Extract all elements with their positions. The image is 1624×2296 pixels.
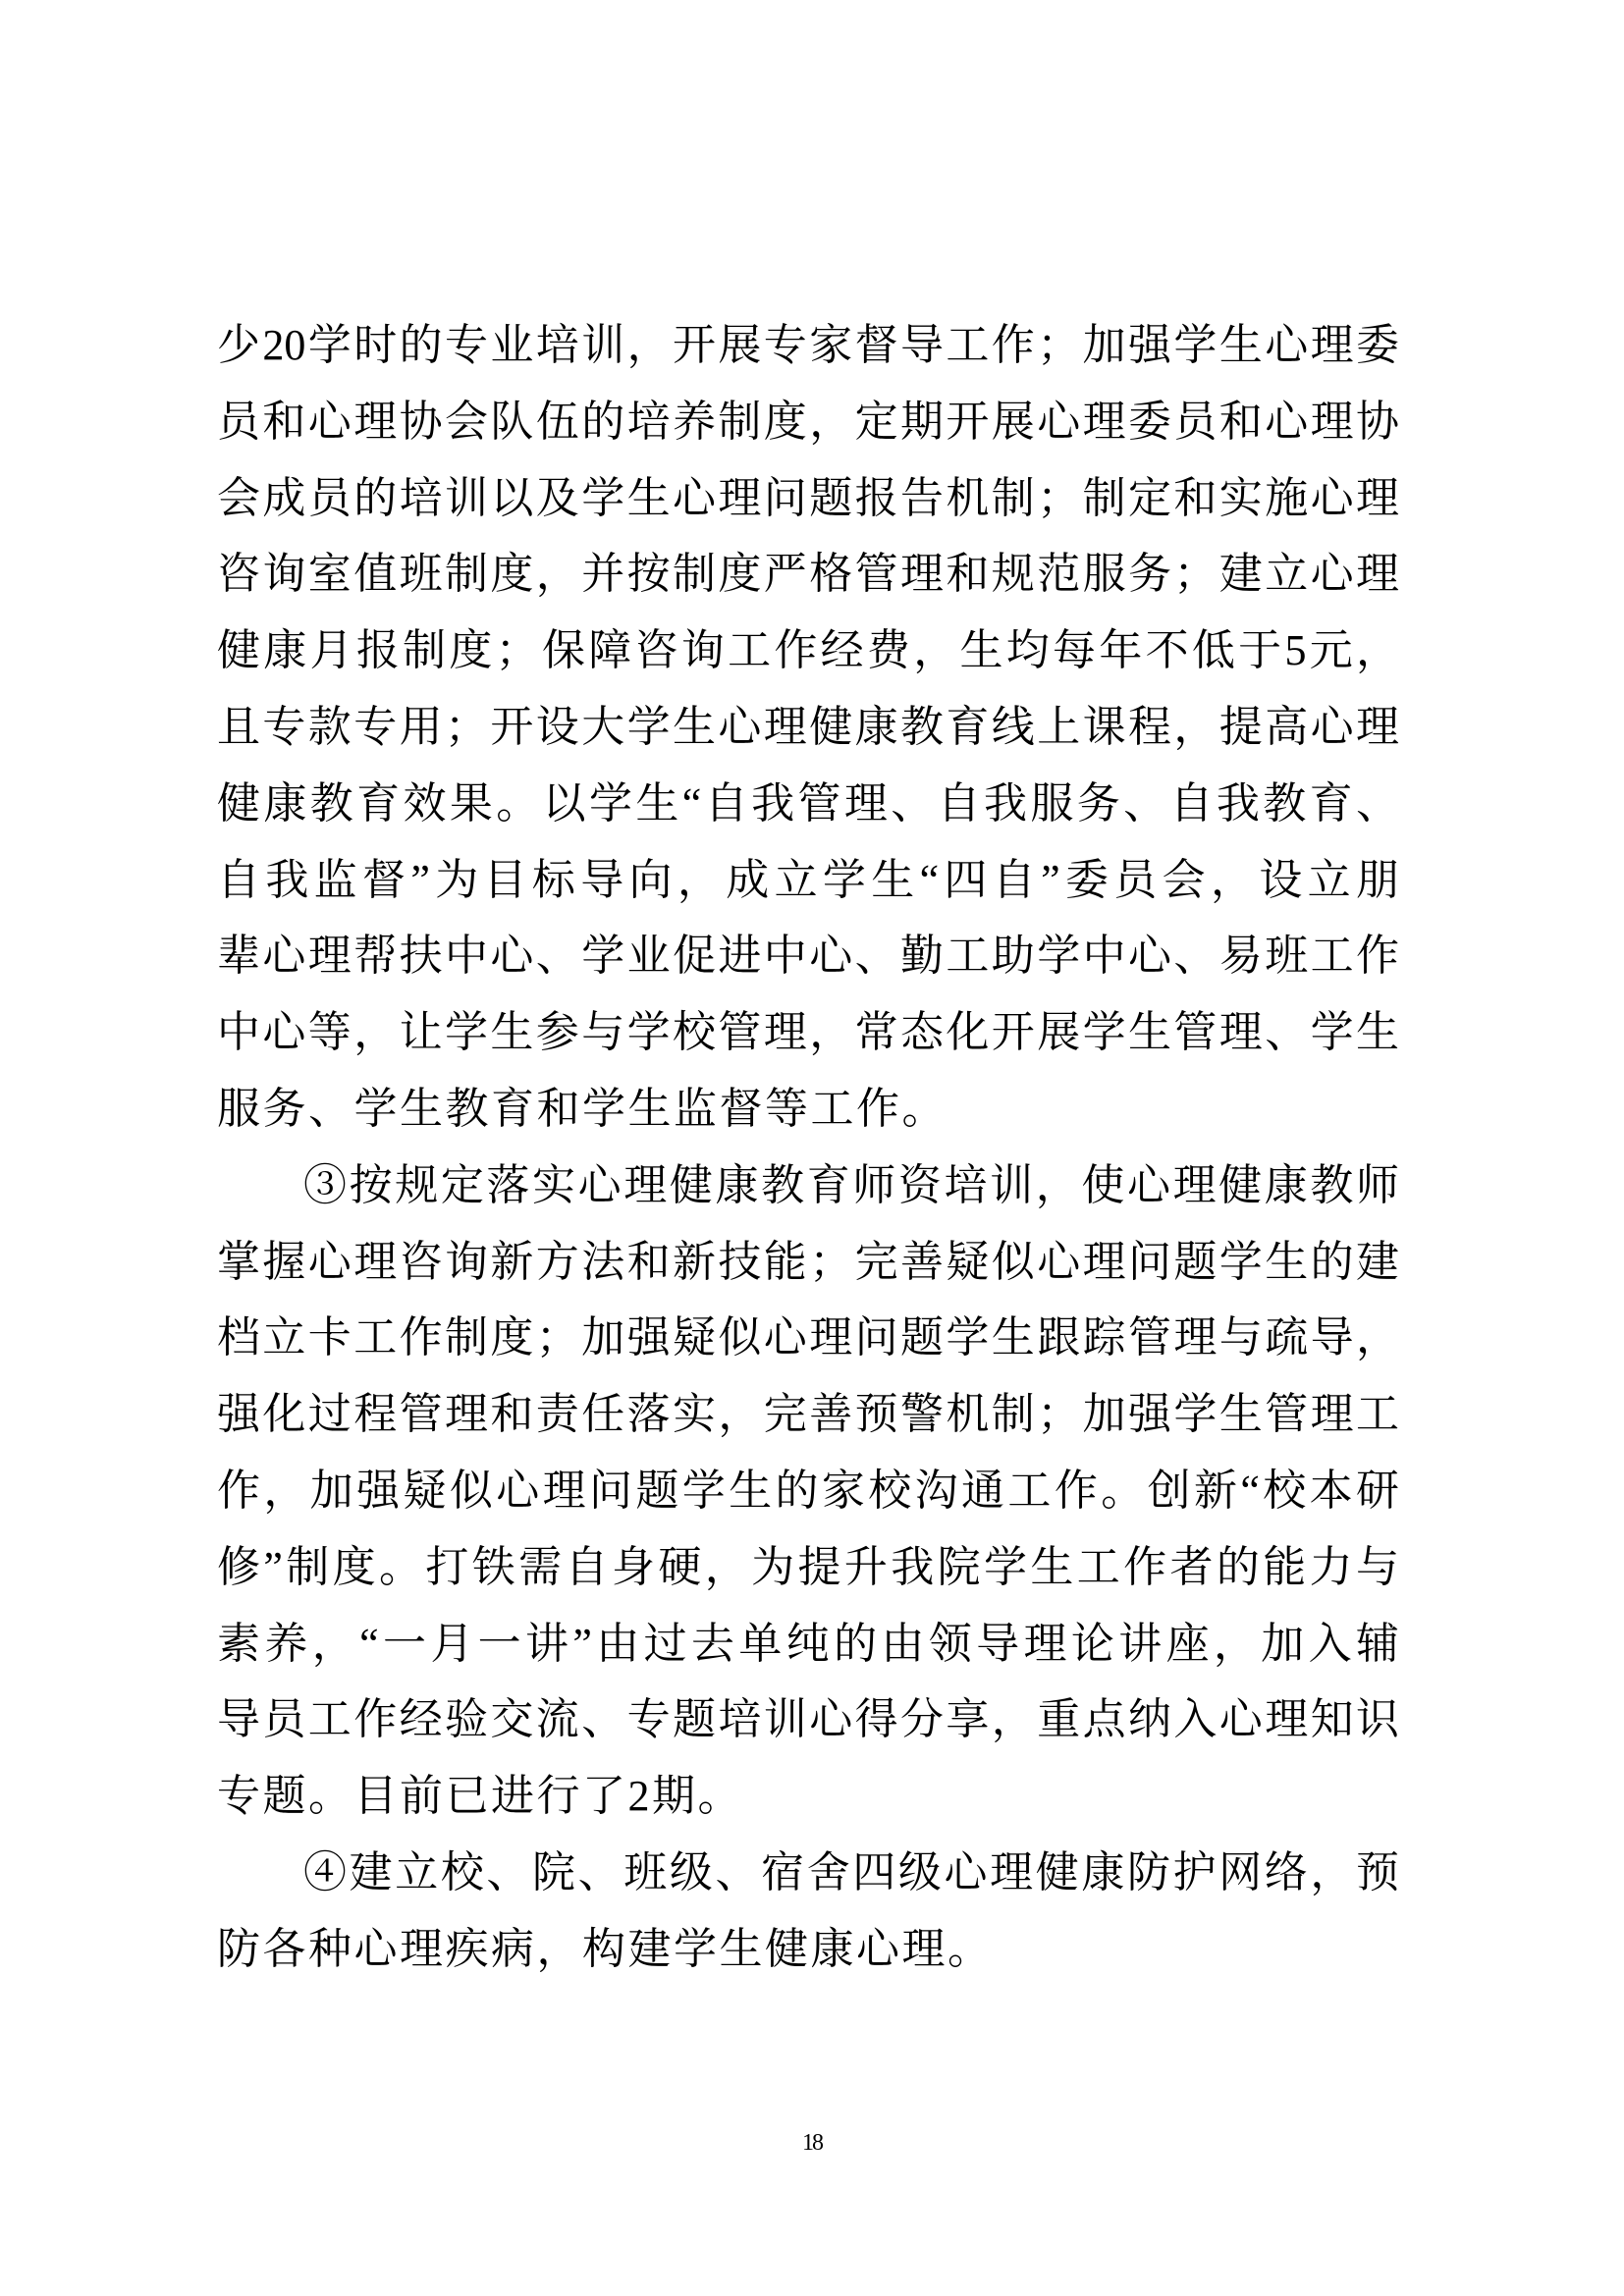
text-line: 掌握心理咨询新方法和新技能；完善疑似心理问题学生的建: [217, 1224, 1399, 1301]
text-line: 作，加强疑似心理问题学生的家校沟通工作。创新“校本研: [217, 1453, 1399, 1529]
text-line: ③按规定落实心理健康教育师资培训，使心理健康教师: [217, 1148, 1399, 1224]
paragraph-item-4: ④建立校、院、班级、宿舍四级心理健康防护网络，预 防各种心理疾病，构建学生健康心…: [217, 1835, 1399, 1988]
text-line: 且专款专用；开设大学生心理健康教育线上课程，提高心理: [217, 689, 1399, 766]
document-page: 少20学时的专业培训，开展专家督导工作；加强学生心理委 员和心理协会队伍的培养制…: [0, 0, 1624, 2296]
document-body: 少20学时的专业培训，开展专家督导工作；加强学生心理委 员和心理协会队伍的培养制…: [217, 307, 1399, 1988]
text-line: 少20学时的专业培训，开展专家督导工作；加强学生心理委: [217, 307, 1399, 384]
text-line: 咨询室值班制度，并按制度严格管理和规范服务；建立心理: [217, 536, 1399, 613]
paragraph-continuation: 少20学时的专业培训，开展专家督导工作；加强学生心理委 员和心理协会队伍的培养制…: [217, 307, 1399, 1148]
text-line: 健康月报制度；保障咨询工作经费，生均每年不低于5元，: [217, 613, 1399, 689]
text-line: 服务、学生教育和学生监督等工作。: [217, 1071, 1399, 1148]
text-line: 修”制度。打铁需自身硬，为提升我院学生工作者的能力与: [217, 1529, 1399, 1606]
text-line: 强化过程管理和责任落实，完善预警机制；加强学生管理工: [217, 1376, 1399, 1453]
paragraph-item-3: ③按规定落实心理健康教育师资培训，使心理健康教师 掌握心理咨询新方法和新技能；完…: [217, 1148, 1399, 1835]
text-line: 会成员的培训以及学生心理问题报告机制；制定和实施心理: [217, 460, 1399, 537]
text-line: 导员工作经验交流、专题培训心得分享，重点纳入心理知识: [217, 1682, 1399, 1758]
text-line: 防各种心理疾病，构建学生健康心理。: [217, 1911, 1399, 1988]
text-line: 专题。目前已进行了2期。: [217, 1758, 1399, 1835]
text-line: 自我监督”为目标导向，成立学生“四自”委员会，设立朋: [217, 842, 1399, 919]
text-line: 员和心理协会队伍的培养制度，定期开展心理委员和心理协: [217, 384, 1399, 460]
page-number: 18: [0, 2128, 1624, 2158]
text-line: 中心等，让学生参与学校管理，常态化开展学生管理、学生: [217, 994, 1399, 1071]
text-line: 素养，“一月一讲”由过去单纯的由领导理论讲座，加入辅: [217, 1606, 1399, 1682]
text-line: ④建立校、院、班级、宿舍四级心理健康防护网络，预: [217, 1835, 1399, 1911]
text-line: 档立卡工作制度；加强疑似心理问题学生跟踪管理与疏导，: [217, 1300, 1399, 1376]
text-line: 辈心理帮扶中心、学业促进中心、勤工助学中心、易班工作: [217, 918, 1399, 994]
text-line: 健康教育效果。以学生“自我管理、自我服务、自我教育、: [217, 766, 1399, 842]
